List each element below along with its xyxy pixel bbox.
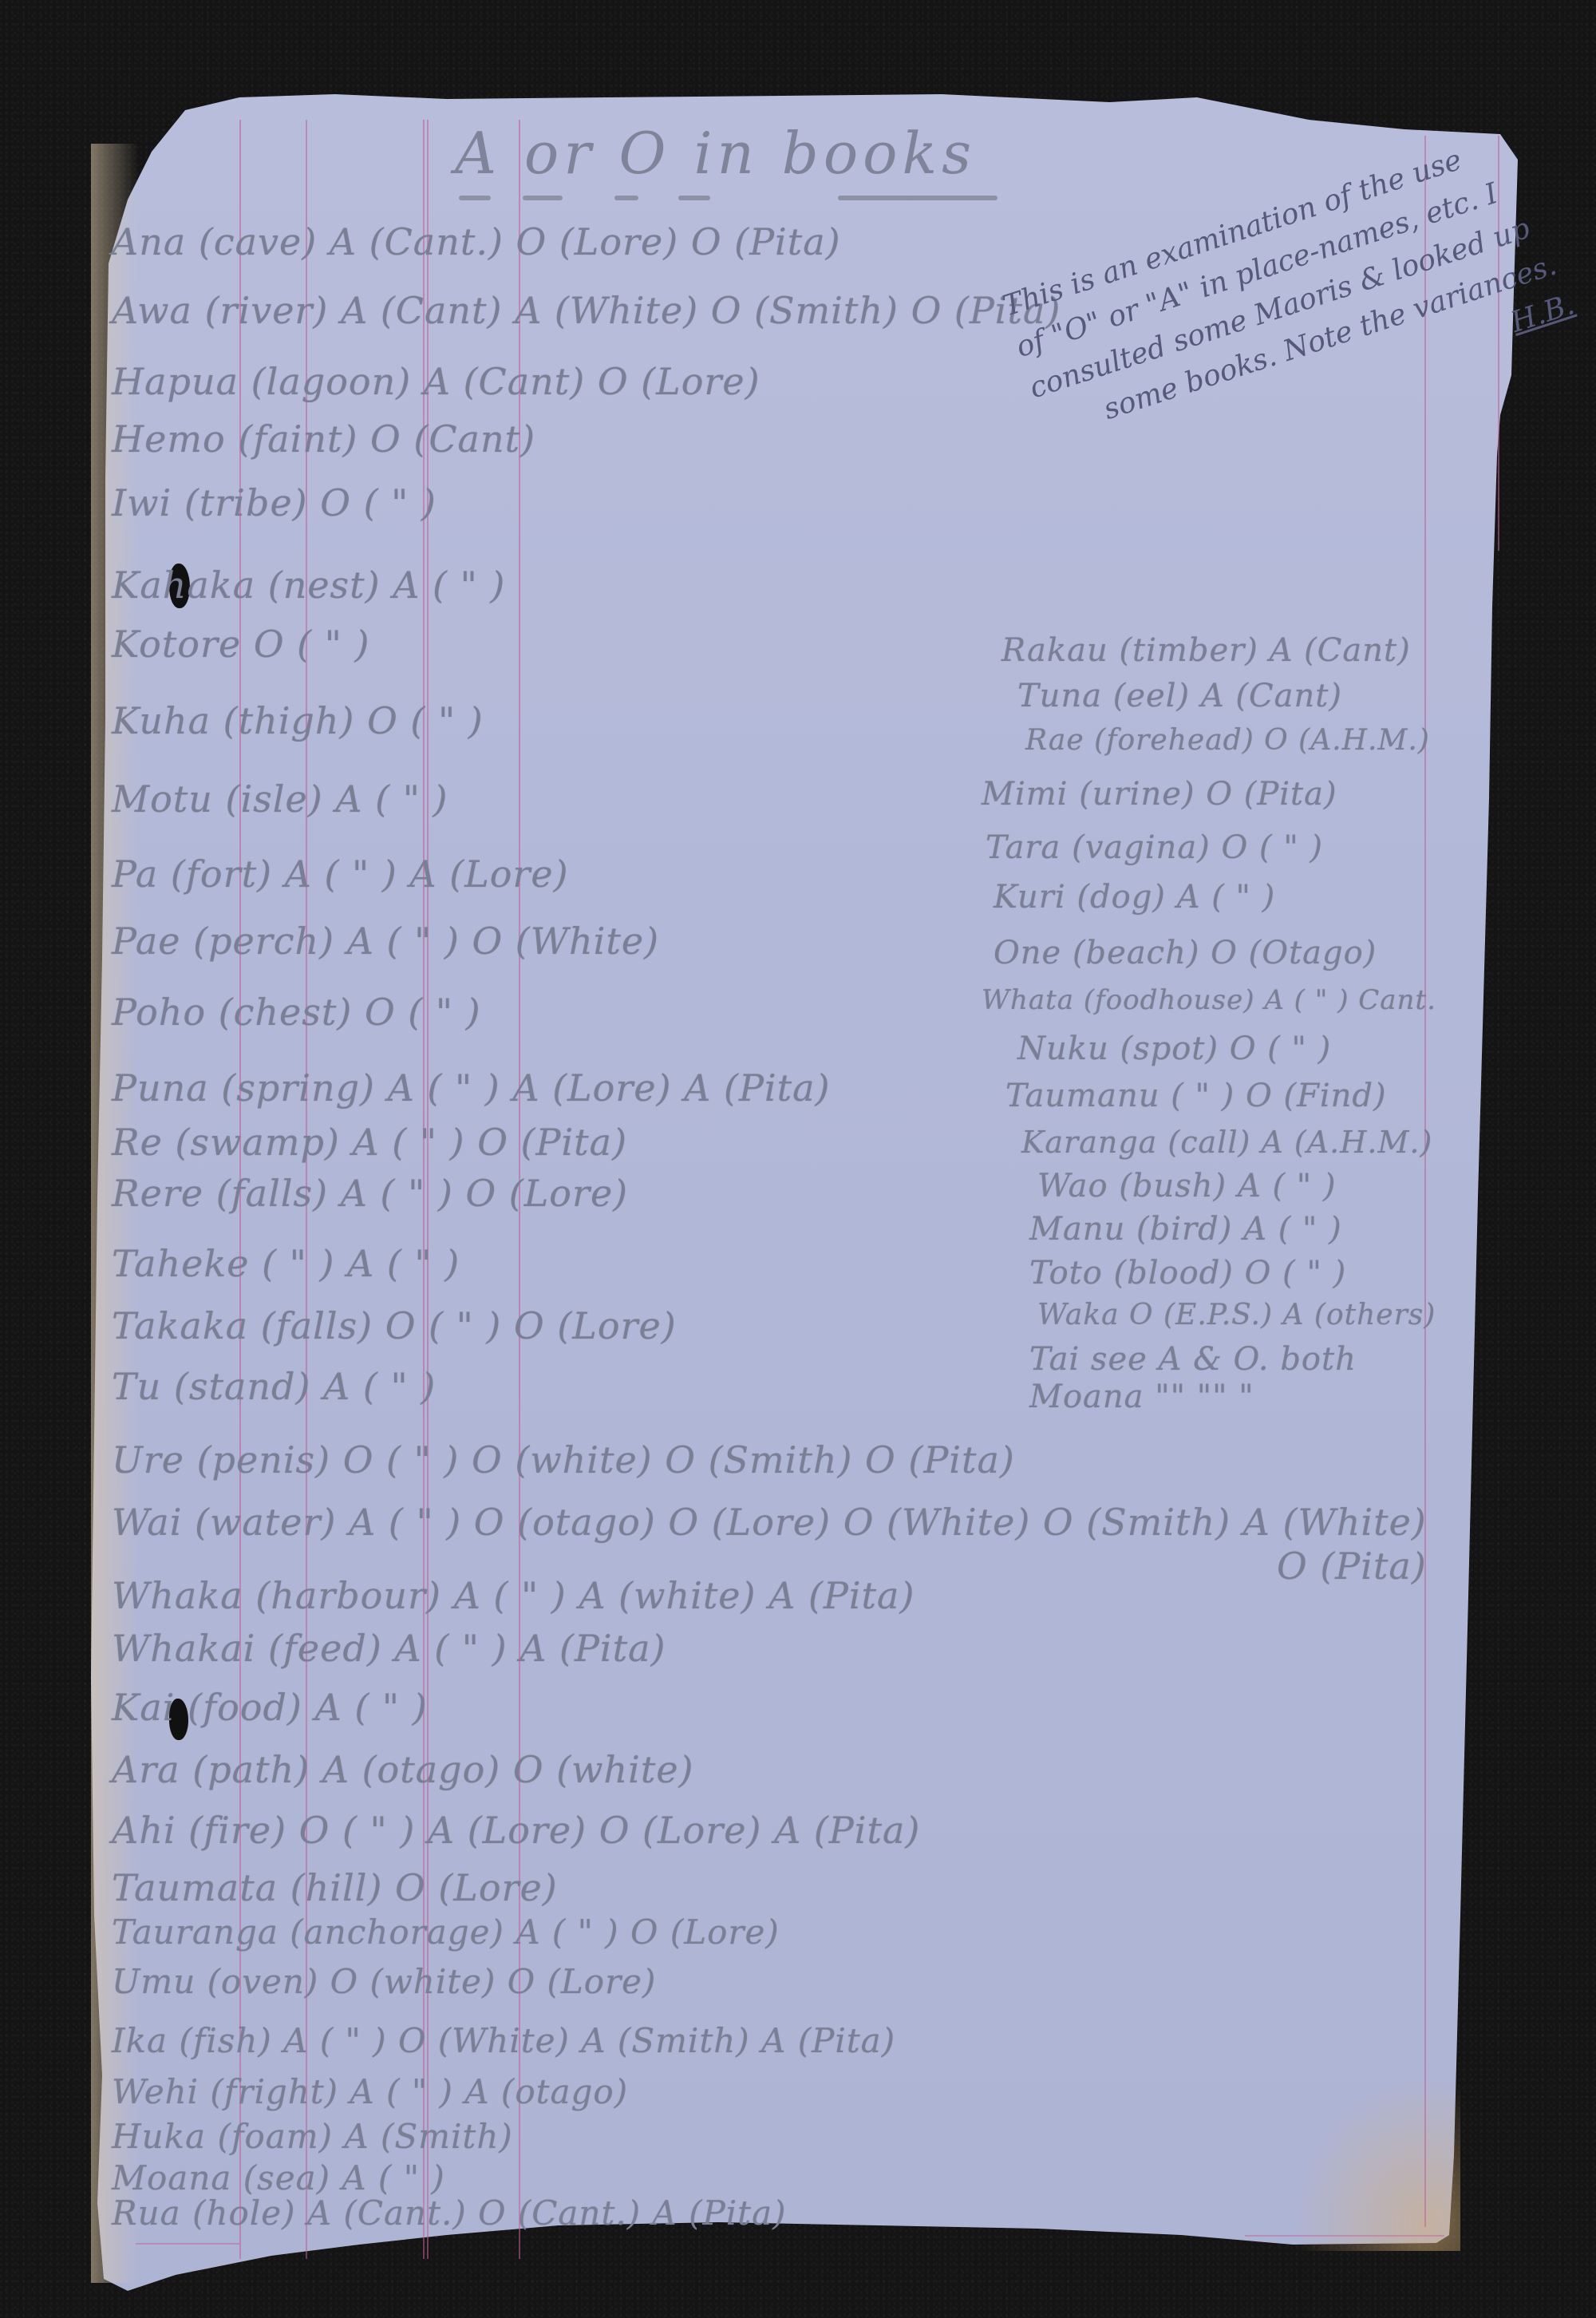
- title-underline: [678, 196, 710, 200]
- list-entry: Whakai (feed) A ( " ) A (Pita): [112, 1630, 666, 1667]
- list-entry: Ana (cave) A (Cant.) O (Lore) O (Pita): [112, 223, 841, 260]
- list-entry: Tai see A & O. both: [1029, 1343, 1357, 1375]
- list-entry: Karanga (call) A (A.H.M.): [1021, 1127, 1432, 1157]
- list-entry: Huka (foam) A (Smith): [112, 2120, 513, 2154]
- bottom-rule: [136, 2243, 239, 2245]
- title-underline: [523, 196, 563, 200]
- list-entry: Hapua (lagoon) A (Cant) O (Lore): [112, 363, 760, 400]
- list-entry: Waka O (E.P.S.) A (others): [1037, 1301, 1436, 1330]
- title-underline: [838, 196, 997, 200]
- list-entry: Wai (water) A ( " ) O (otago) O (Lore) O…: [112, 1504, 1427, 1541]
- list-entry: Tuna (eel) A (Cant): [1017, 680, 1342, 712]
- list-entry: Kuri (dog) A ( " ): [994, 881, 1275, 913]
- list-entry: Manu (bird) A ( " ): [1029, 1213, 1342, 1245]
- list-entry: Kotore O ( " ): [112, 626, 369, 663]
- list-entry: Motu (isle) A ( " ): [112, 781, 448, 817]
- list-entry: Kahaka (nest) A ( " ): [112, 567, 505, 603]
- list-entry: Whaka (harbour) A ( " ) A (white) A (Pit…: [112, 1577, 915, 1614]
- list-entry: Rua (hole) A (Cant.) O (Cant.) A (Pita): [112, 2197, 787, 2230]
- list-entry: Puna (spring) A ( " ) A (Lore) A (Pita): [112, 1070, 830, 1106]
- list-entry: Wao (bush) A ( " ): [1037, 1170, 1337, 1202]
- list-entry: Pa (fort) A ( " ) A (Lore): [112, 856, 569, 892]
- list-entry: Tu (stand) A ( " ): [112, 1368, 436, 1405]
- list-entry: Mimi (urine) O (Pita): [982, 778, 1337, 810]
- list-entry: Iwi (tribe) O ( " ): [112, 485, 437, 521]
- list-entry: Re (swamp) A ( " ) O (Pita): [112, 1124, 627, 1161]
- list-entry: Awa (river) A (Cant) A (White) O (Smith)…: [112, 292, 1061, 329]
- list-entry: Taheke ( " ) A ( " ): [112, 1245, 460, 1282]
- list-entry: Ika (fish) A ( " ) O (White) A (Smith) A…: [112, 2024, 895, 2058]
- margin-rule: [1424, 136, 1426, 2227]
- list-entry-continuation: O (Pita): [1277, 1548, 1427, 1584]
- list-entry: Taumanu ( " ) O (Find): [1005, 1080, 1387, 1112]
- list-entry: Moana "" "" ": [1029, 1381, 1254, 1413]
- list-entry: Tara (vagina) O ( " ): [986, 832, 1323, 864]
- list-entry: Toto (blood) O ( " ): [1029, 1257, 1346, 1289]
- title-underline: [614, 196, 638, 200]
- list-entry: Ara (path) A (otago) O (white): [112, 1751, 694, 1788]
- list-entry: Ahi (fire) O ( " ) A (Lore) O (Lore) A (…: [112, 1812, 920, 1849]
- list-entry: Rakau (timber) A (Cant): [1001, 635, 1411, 667]
- list-entry: One (beach) O (Otago): [994, 937, 1377, 969]
- list-entry: Umu (oven) O (white) O (Lore): [112, 1965, 656, 1999]
- list-entry: Nuku (spot) O ( " ): [1017, 1033, 1331, 1065]
- list-entry: Taumata (hill) O (Lore): [112, 1869, 558, 1906]
- list-entry: Rere (falls) A ( " ) O (Lore): [112, 1175, 628, 1212]
- list-entry: Kai (food) A ( " ): [112, 1689, 428, 1726]
- list-entry: Tauranga (anchorage) A ( " ) O (Lore): [112, 1916, 780, 1949]
- list-entry: Takaka (falls) O ( " ) O (Lore): [112, 1307, 677, 1344]
- list-entry: Ure (penis) O ( " ) O (white) O (Smith) …: [112, 1442, 1015, 1478]
- list-entry: Wehi (fright) A ( " ) A (otago): [112, 2075, 628, 2109]
- bottom-rule: [1245, 2235, 1444, 2237]
- list-entry: Moana (sea) A ( " ): [112, 2162, 445, 2195]
- list-entry: Whata (foodhouse) A ( " ) Cant.: [982, 987, 1436, 1014]
- list-entry: Poho (chest) O ( " ): [112, 994, 481, 1030]
- page-title: A or O in books: [455, 120, 976, 187]
- title-underline: [459, 196, 491, 200]
- list-entry: Hemo (faint) O (Cant): [112, 421, 535, 457]
- list-entry: Rae (forehead) O (A.H.M.): [1025, 726, 1430, 755]
- list-entry: Kuha (thigh) O ( " ): [112, 702, 484, 739]
- list-entry: Pae (perch) A ( " ) O (White): [112, 923, 659, 959]
